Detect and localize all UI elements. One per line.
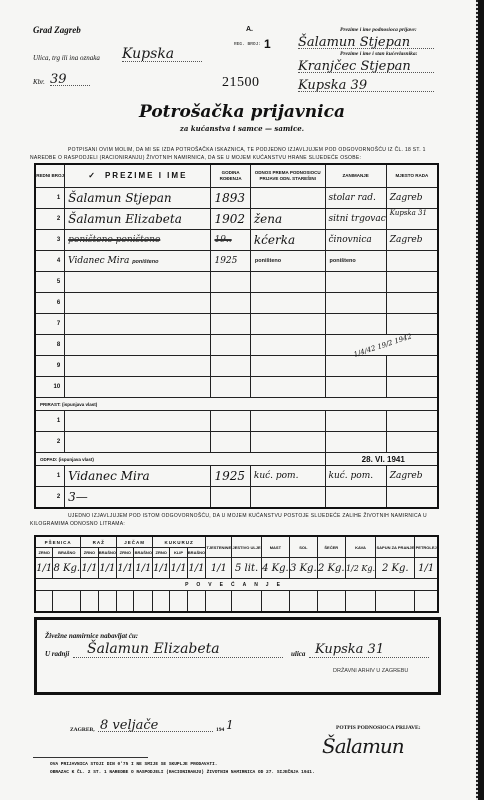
supplies-intro: UJEDNO IZJAVLJUJEM POD ISTOM ODGOVORNOŠĆ… <box>30 512 442 528</box>
date-value: 8 veljače <box>100 718 158 733</box>
owner-address-value: Kupska 39 <box>298 78 367 93</box>
table-header-row: REDNI BROJ ✓PREZIME I IME GODINA ROĐENJA… <box>35 164 438 188</box>
archive-stamp: DRŽAVNI ARHIV U ZAGREBU <box>333 668 408 674</box>
supply-box-label: Živežne namirnice nabavljat ću: <box>45 632 138 640</box>
header-year: GODINA ROĐENJA <box>211 164 250 188</box>
shop-field: Šalamun Elizabeta <box>73 640 283 658</box>
cancelled-stamp: poništeno <box>132 259 158 265</box>
house-number-value: 39 <box>50 72 67 87</box>
signature-label: POTPIS PODNOSIOCA PRIJAVE: <box>336 725 421 731</box>
year-prefix: 194 <box>216 727 224 733</box>
place-label: ZAGREB, <box>70 727 95 733</box>
table-row: 3 poništeno poništeno 19.. kćerka činovn… <box>35 230 438 251</box>
shop-street-label: ulica <box>291 650 305 658</box>
house-number-label: Kbr. <box>33 78 45 86</box>
intro-text: POTPISANI OVIM MOLIM, DA MI SE IZDA POTR… <box>30 146 442 162</box>
table-row: 4 Vidanec Mira poništeno 1925 poništeno … <box>35 251 438 272</box>
header-workplace: MJESTO RADA <box>386 164 438 188</box>
increase-values-row <box>35 591 438 613</box>
applicant-field: Šalamun Stjepan <box>298 33 434 49</box>
applicant-signature: Šalamun <box>322 734 404 758</box>
street-label: Ulica, trg ili ina oznaka <box>33 54 100 62</box>
header-relation: ODNOS PREMA PODNOSIOCU PRIJAVE ODN. STAR… <box>250 164 325 188</box>
shop-label: U radnji <box>45 650 69 658</box>
table-row: 9 <box>35 356 438 377</box>
header-name: ✓PREZIME I IME <box>65 164 211 188</box>
price-note: OVA PRIJAVNICA STOJI DIN 0'75 I NE SMIJE… <box>50 762 217 767</box>
shop-value: Šalamun Elizabeta <box>87 641 220 657</box>
header-num: REDNI BROJ <box>35 164 65 188</box>
form-number: 21500 <box>222 75 260 91</box>
supplies-values-row: 1/18 Kg.1/1 1/11/11/1 1/11/11/1 1/15 lit… <box>35 558 438 579</box>
form-title: Potrošačka prijavnica <box>0 102 484 122</box>
shop-street-value: Kupska 31 <box>315 642 384 657</box>
street-value: Kupska <box>122 46 174 62</box>
table-row: 81/4/42 19/2 1942 <box>35 335 438 356</box>
year-suffix: 1 <box>226 718 234 732</box>
shop-street-field: Kupska 31 <box>309 640 429 658</box>
form-subtitle: za kućanstva i samce — samice. <box>0 124 484 133</box>
house-number-field: 39 <box>50 70 90 86</box>
owner-name-field: Kranjčec Stjepan <box>298 57 434 73</box>
table-row: 7 <box>35 314 438 335</box>
table-row: 2 3— <box>35 487 438 509</box>
table-row: 2 <box>35 432 438 453</box>
reg-value: 1 <box>264 37 271 51</box>
reg-label: REG. BROJ: <box>234 42 261 47</box>
table-row: 5 <box>35 272 438 293</box>
applicant-value: Šalamun Stjepan <box>298 35 410 50</box>
departures-section: ODPAD: (ispunjava vlast) 28. VI. 1941 <box>35 453 438 466</box>
header-occupation: ZANIMANJE <box>325 164 386 188</box>
date-field: 8 veljače <box>98 716 213 732</box>
table-row: 2 Šalamun Elizabeta 1902 žena sitni trgo… <box>35 209 438 230</box>
table-row: 10 <box>35 377 438 398</box>
table-row: 6 <box>35 293 438 314</box>
supply-shop-box: Živežne namirnice nabavljat ću: U radnji… <box>34 617 441 695</box>
increase-row: POVEĆANJE <box>35 579 438 591</box>
owner-name-value: Kranjčec Stjepan <box>298 59 411 74</box>
checkmark-icon: ✓ <box>88 171 95 180</box>
series-letter: A. <box>246 26 253 33</box>
street-field: Kupska <box>122 45 202 62</box>
table-row: 1 <box>35 411 438 432</box>
owner-address-field: Kupska 39 <box>298 76 434 92</box>
footer-divider <box>33 757 148 758</box>
supplies-table: PŠENICA RAŽ JEČAM KUKURUZ TJESTENINE JES… <box>34 535 439 613</box>
arrivals-section: PRIRAST: (ispunjava vlast) <box>35 398 438 411</box>
persons-table: REDNI BROJ ✓PREZIME I IME GODINA ROĐENJA… <box>34 163 439 509</box>
table-row: 1 Vidanec Mira 1925 kuć. pom. kuć. pom. … <box>35 466 438 487</box>
departure-date-stamp: 28. VI. 1941 <box>325 453 438 466</box>
table-row: 1 Šalamun Stjepan 1893 stolar rad. Zagre… <box>35 188 438 209</box>
city-label: Grad Zagreb <box>33 25 81 35</box>
regulation-note: OBRAZAC K ČL. 2 ST. 1 NAREDBE O RASPODJE… <box>50 770 315 775</box>
